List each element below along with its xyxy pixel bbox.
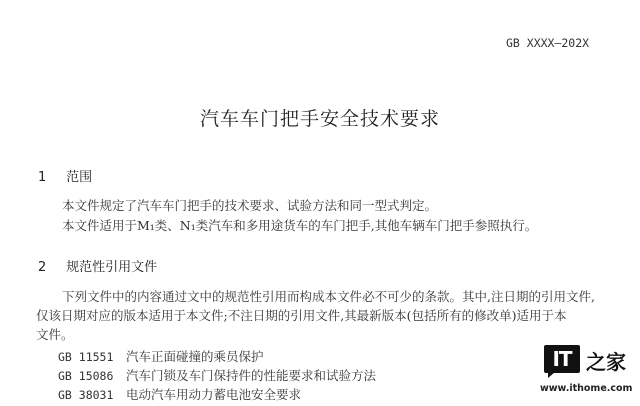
reference-code: GB 11551 — [58, 350, 122, 364]
document-title: 汽车车门把手安全技术要求 — [0, 104, 640, 131]
scope-paragraph-2: 本文件适用于M₁类、N₁类汽车和多用途货车的车门把手,其他车辆车门把手参照执行。 — [62, 216, 537, 236]
ithome-watermark: IT 之家 www.ithome.com — [540, 343, 632, 403]
reference-code: GB 38031 — [58, 388, 122, 402]
section-title: 规范性引用文件 — [66, 260, 157, 275]
reference-item: GB 15086 汽车门锁及车门保持件的性能要求和试验方法 — [58, 366, 376, 384]
reference-title: 汽车门锁及车门保持件的性能要求和试验方法 — [126, 368, 376, 383]
references-paragraph-line-3: 文件。 — [36, 325, 74, 345]
references-paragraph-line-1: 下列文件中的内容通过文中的规范性引用而构成本文件必不可少的条款。其中,注日期的引… — [62, 287, 595, 307]
references-paragraph-line-2: 仅该日期对应的版本适用于本文件;不注日期的引用文件,其最新版本(包括所有的修改单… — [36, 306, 566, 326]
reference-title: 汽车正面碰撞的乘员保护 — [126, 349, 264, 364]
ithome-url: www.ithome.com — [540, 383, 632, 394]
ithome-logo-icon: IT — [544, 345, 580, 373]
scope-paragraph-1: 本文件规定了汽车车门把手的技术要求、试验方法和同一型式判定。 — [62, 196, 437, 216]
reference-code: GB 15086 — [58, 369, 122, 383]
reference-item: GB 38031 电动汽车用动力蓄电池安全要求 — [58, 385, 301, 403]
section-number: 1 — [38, 170, 62, 185]
section-number: 2 — [38, 260, 62, 275]
speech-bubble-tail-icon — [548, 372, 555, 378]
ithome-glyph: 之家 — [586, 346, 626, 375]
reference-title: 电动汽车用动力蓄电池安全要求 — [126, 387, 301, 402]
section-1-heading: 1 范围 — [38, 166, 92, 185]
section-title: 范围 — [66, 170, 92, 185]
standard-code: GB XXXX—202X — [506, 36, 589, 50]
section-2-heading: 2 规范性引用文件 — [38, 256, 157, 275]
reference-item: GB 11551 汽车正面碰撞的乘员保护 — [58, 347, 264, 365]
